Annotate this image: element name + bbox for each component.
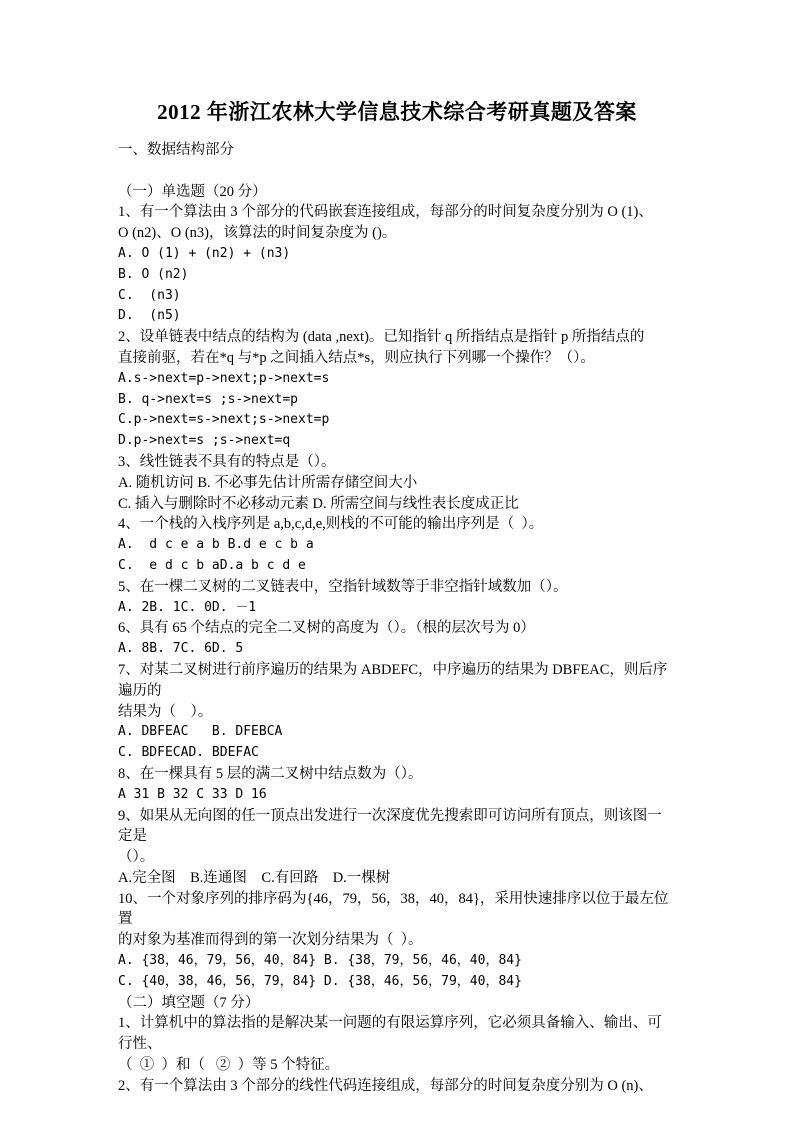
question-line: 9、如果从无向图的任一顶点出发进行一次深度优先搜索即可访问所有顶点，则该图一定是 xyxy=(118,806,676,848)
question-line: 5、在一棵二叉树的二叉链表中，空指针域数等于非空指针域数加（）。 xyxy=(118,577,676,598)
question-line: 4、一个栈的入栈序列是 a,b,c,d,e,则栈的不可能的输出序列是（ ）。 xyxy=(118,514,676,535)
option-line: C. BDFECAD. BDEFAC xyxy=(118,743,676,764)
option-line: A 31 B 32 C 33 D 16 xyxy=(118,785,676,806)
option-line: B. q->next=s ;s->next=p xyxy=(118,390,676,411)
question-line: 2、有一个算法由 3 个部分的线性代码连接组成，每部分的时间复杂度分别为 O (… xyxy=(118,1076,676,1097)
part-heading: 一、数据结构部分 xyxy=(118,140,676,161)
question-line: 2、设单链表中结点的结构为 (data ,next)。已知指针 q 所指结点是指… xyxy=(118,327,676,348)
question-line: 7、对某二叉树进行前序遍历的结果为 ABDEFC，中序遍历的结果为 DBFEAC… xyxy=(118,660,676,702)
option-line: A. 8B. 7C. 6D. 5 xyxy=(118,639,676,660)
option-line: B. O (n2) xyxy=(118,265,676,286)
question-line: 1、有一个算法由 3 个部分的代码嵌套连接组成，每部分的时间复杂度分别为 O (… xyxy=(118,202,676,223)
option-line: C. {40，38，46，56，79，84} D. {38，46，56，79，4… xyxy=(118,972,676,993)
question-line: 结果为（ ）。 xyxy=(118,702,676,723)
option-line: A. DBFEAC B. DFEBCA xyxy=(118,722,676,743)
section-heading: （二）填空题（7 分） xyxy=(118,993,676,1014)
option-line: C.p->next=s->next;s->next=p xyxy=(118,410,676,431)
document-page: 2012 年浙江农林大学信息技术综合考研真题及答案 一、数据结构部分 （一）单选… xyxy=(0,0,794,1123)
question-line: （）。 xyxy=(118,847,676,868)
question-line: A. 随机访问 B. 不必事先估计所需存储空间大小 xyxy=(118,473,676,494)
question-line: 8、在一棵具有 5 层的满二叉树中结点数为（）。 xyxy=(118,764,676,785)
option-line: A. d c e a b B.d e c b a xyxy=(118,535,676,556)
question-line: A.完全图 B.连通图 C.有回路 D.一棵树 xyxy=(118,868,676,889)
option-line: A.s->next=p->next;p->next=s xyxy=(118,369,676,390)
option-line: D.p->next=s ;s->next=q xyxy=(118,431,676,452)
option-line: A. 2B. 1C. 0D. －1 xyxy=(118,598,676,619)
section-heading: （一）单选题（20 分） xyxy=(118,182,676,203)
question-line: 的对象为基准而得到的第一次划分结果为（ ）。 xyxy=(118,930,676,951)
option-line: C. (n3) xyxy=(118,286,676,307)
document-title: 2012 年浙江农林大学信息技术综合考研真题及答案 xyxy=(118,98,676,126)
question-line: C. 插入与删除时不必移动元素 D. 所需空间与线性表长度成正比 xyxy=(118,494,676,515)
question-line: （ ① ）和（ ② ）等 5 个特征。 xyxy=(118,1055,676,1076)
question-line: 10、一个对象序列的排序码为{46，79，56，38，40，84}，采用快速排序… xyxy=(118,889,676,931)
option-line: A. O (1) + (n2) + (n3) xyxy=(118,244,676,265)
question-line: 1、计算机中的算法指的是解决某一问题的有限运算序列，它必须具备输入、输出、可行性… xyxy=(118,1013,676,1055)
option-line: A. {38，46，79，56，40，84} B. {38，79，56，46，4… xyxy=(118,951,676,972)
question-line: 3、线性链表不具有的特点是（）。 xyxy=(118,452,676,473)
document-body: （一）单选题（20 分）1、有一个算法由 3 个部分的代码嵌套连接组成，每部分的… xyxy=(118,182,676,1097)
question-line: 6、具有 65 个结点的完全二叉树的高度为（）。（根的层次号为 0） xyxy=(118,618,676,639)
option-line: C. e d c b aD.a b c d e xyxy=(118,556,676,577)
question-line: O (n2)、O (n3)，该算法的时间复杂度为 ()。 xyxy=(118,223,676,244)
question-line: 直接前驱，若在*q 与*p 之间插入结点*s，则应执行下列哪一个操作？（）。 xyxy=(118,348,676,369)
option-line: D. (n5) xyxy=(118,306,676,327)
